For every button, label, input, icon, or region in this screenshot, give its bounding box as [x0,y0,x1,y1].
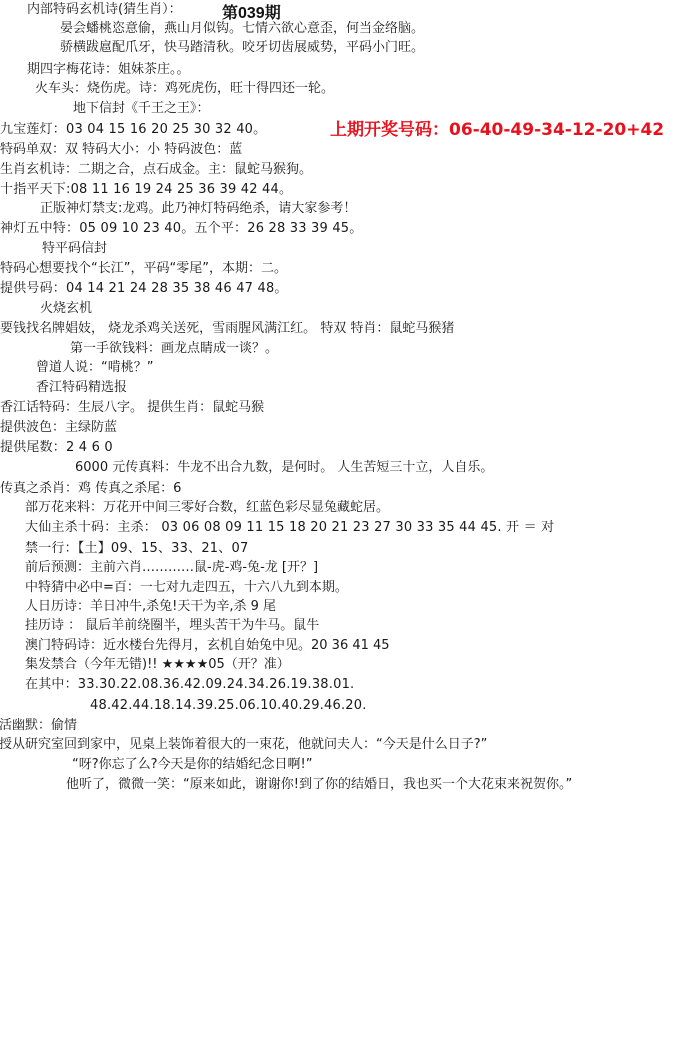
odd-even: 特码单双：双 特码大小：小 特码波色：蓝 [0,141,242,159]
fax-6000: 6000 元传真料：牛龙不出合九数，是何时。 人生苦短三十立，人自乐。 [75,459,493,477]
poem-title: 内部特码玄机诗(猜生肖）： [27,1,182,19]
lamp-five: 神灯五中特：05 09 10 23 40。五个平：26 28 33 39 45。 [0,220,362,238]
last-draw-banner: 上期开奖号码：06-40-49-34-12-20+42 [330,115,664,140]
underground-envelope: 地下信封《千王之王》： [73,100,210,118]
last-draw-numbers: 06-40-49-34-12-20+42 [449,120,664,140]
poem-line-2: 骄横跋扈配爪牙，快马踏清秋。咬牙切齿展威势，平码小门旺。 [60,39,424,57]
humor-line-2: “呀?你忘了么?今天是你的结婚纪念日啊!” [72,756,312,774]
taoist: 曾道人说：“啃桃？” [36,359,153,377]
hundred: 中特猜中必中=百：一七对九走四五，十六八九到本期。 [25,579,348,597]
provide-tail: 提供尾数：2 4 6 0 [0,439,113,457]
plum-poem: 期四字梅花诗：姐妹茶庄。。 [27,61,190,79]
provide-color: 提供波色：主绿防蓝 [0,419,117,437]
ten-finger: 十指平天下:08 11 16 19 24 25 36 39 42 44。 [0,181,292,199]
nine-lamp: 九宝莲灯：03 04 15 16 20 25 30 32 40。 [0,121,266,139]
fax-kill: 传真之杀肖：鸡 传真之杀尾：6 [0,480,181,498]
collect: 集发禁合（今年无错)!! ★★★★05（开？准） [25,656,290,674]
ban-row: 禁一行：【土】09、15、33、21、07 [25,540,248,558]
lamp-ban: 正版神灯禁支:龙鸡。此乃神灯特码绝杀，请大家参考！ [40,200,356,218]
predict: 前后预测：主前六肖…………鼠-虎-鸡-兔-龙 [开？] [25,559,318,577]
train-head: 火车头：烧伤虎。诗：鸡死虎伤，旺十得四还一轮。 [35,80,334,98]
humor-line-1: 教授从研究室回到家中，见桌上装饰着很大的一束花，他就问夫人：“今天是什么日子?” [0,736,487,754]
day-calendar: 人日历诗：羊日冲牛,杀兔!天干为辛,杀 9 尾 [25,598,276,616]
special-envelope: 特平码信封 [42,240,107,258]
humor-title: 生活幽默：偷情 [0,717,77,735]
among-line-1: 在其中：33.30.22.08.36.42.09.24.34.26.19.38.… [25,676,354,694]
hang-calendar: 挂历诗 ： 鼠后羊前绕圈半，埋头苦干为牛马。鼠牛 [25,617,319,635]
poem-line-1: 晏会蟠桃恣意偷，燕山月似钩。七情六欲心意歪，何当金络脑。 [60,20,424,38]
among-line-2: 48.42.44.18.14.39.25.06.10.40.29.46.20. [90,697,367,715]
xiangjiang: 香江特码精选报 [36,379,127,397]
money-line: 要钱找名牌娼妓， 烧龙杀鸡关送死，雪雨腥风满江红。 特双 特肖：鼠蛇马猴猪 [0,320,454,338]
provide-numbers: 提供号码：04 14 21 24 28 35 38 46 47 48。 [0,280,288,298]
wanhua: 部万花来料：万花开中间三零好合数，红蓝色彩尽显兔藏蛇居。 [25,499,389,517]
zodiac-poem: 生肖玄机诗：二期之合，点石成金。主：鼠蛇马猴狗。 [0,161,312,179]
humor-line-3: 他听了，微微一笑：“原来如此，谢谢你!到了你的结婚日，我也买一个大花束来祝贺你。… [66,776,572,794]
macau: 澳门特码诗：近水楼台先得月，玄机自始兔中见。20 36 41 45 [25,637,390,655]
first-hand: 第一手欲钱料：画龙点睛成一谈？。 [70,340,278,358]
xiangjiang-words: 香江话特码：生辰八字。 提供生肖：鼠蛇马猴 [0,399,264,417]
fire-mystery: 火烧玄机 [40,300,92,318]
last-draw-label: 上期开奖号码： [330,120,449,140]
daxian: 大仙主杀十码：主杀： 03 06 08 09 11 15 18 20 21 23… [25,519,554,537]
yangtze: 特码心想要找个“长江”，平码“零尾”，本期：二。 [0,260,287,278]
